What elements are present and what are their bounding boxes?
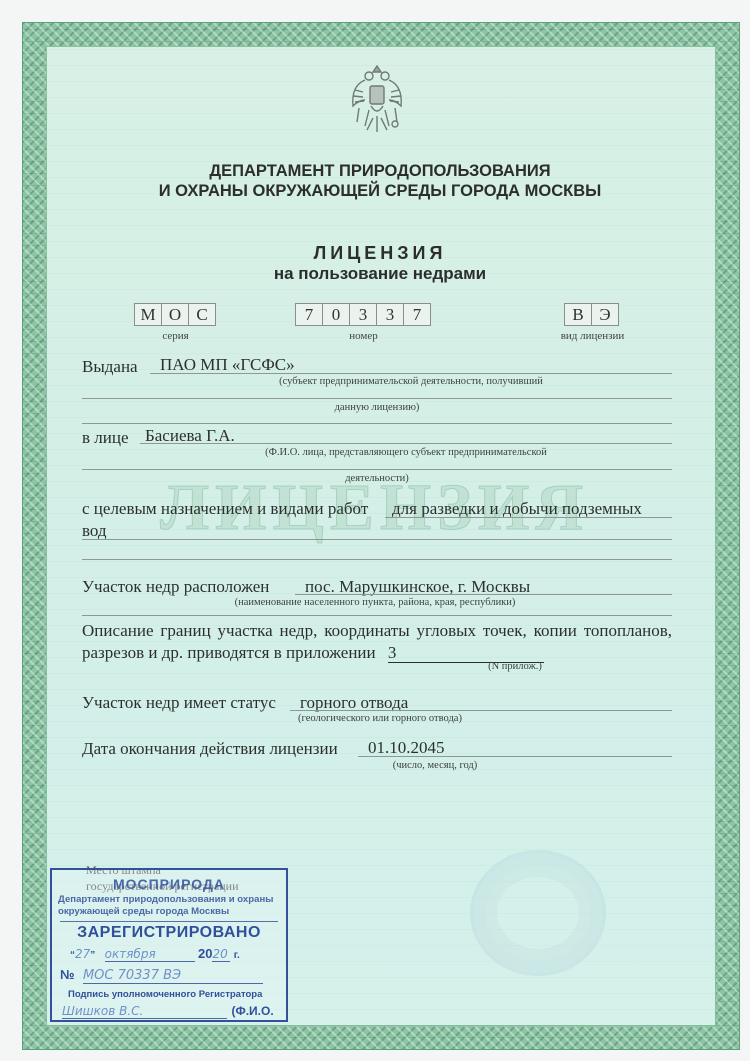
stamp-dept-line2: окружающей среды города Москвы <box>58 906 283 918</box>
stamp-dept-line1: Департамент природопользования и охраны <box>58 894 283 906</box>
stamp-number-row: № МОС 70337 ВЭ <box>60 966 280 984</box>
type-caption: вид лицензии <box>555 330 630 342</box>
represented-by-underline <box>140 443 672 444</box>
purpose-underline <box>385 517 672 518</box>
expiry-hint: (число, месяц, год) <box>380 760 490 771</box>
series-boxes: МОС <box>135 303 216 326</box>
appendix-hint: (N прилож.) <box>470 661 560 672</box>
separator-line <box>82 423 672 424</box>
location-underline <box>295 594 672 595</box>
number-char-box: 7 <box>403 303 431 326</box>
location-label: Участок недр расположен <box>82 577 269 597</box>
issued-to-underline-2 <box>82 398 672 399</box>
embossed-seal-icon <box>470 850 606 976</box>
stamp-signature-label: Подпись уполномоченного Регистратора <box>68 989 262 1000</box>
location-hint: (наименование населенного пункта, района… <box>200 597 550 608</box>
type-boxes: ВЭ <box>565 303 635 326</box>
number-group: 70337 номер <box>296 303 431 342</box>
issued-to-hint-1: (субъект предпринимательской деятельност… <box>150 376 672 387</box>
status-label: Участок недр имеет статус <box>82 693 276 713</box>
location-underline-2 <box>82 615 672 616</box>
stamp-dept: Департамент природопользования и охраны … <box>58 894 283 918</box>
type-char-box: Э <box>591 303 619 326</box>
number-char-box: 3 <box>349 303 377 326</box>
purpose-value-line1: для разведки и добычи подземных <box>392 499 642 519</box>
number-char-box: 3 <box>376 303 404 326</box>
type-group: ВЭ вид лицензии <box>565 303 635 342</box>
stamp-year-prefix: 20 <box>198 946 212 961</box>
stamp-year-suffix: 20 <box>212 947 230 962</box>
appendix-number: 3 <box>388 643 397 662</box>
stamp-number-label: № <box>60 967 75 982</box>
boundaries-text: Описание границ участка недр, координаты… <box>82 620 672 664</box>
represented-by-hint-2: деятельности) <box>82 473 672 484</box>
status-hint: (геологического или горного отвода) <box>270 713 490 724</box>
purpose-label: с целевым назначением и видами работ <box>82 499 368 519</box>
purpose-value-line2: вод <box>82 521 107 541</box>
stamp-month: октября <box>105 947 195 962</box>
represented-by-hint-1: (Ф.И.О. лица, представляющего субъект пр… <box>140 447 672 458</box>
type-char-box: В <box>564 303 592 326</box>
boundaries-description: Описание границ участка недр, координаты… <box>82 621 672 662</box>
series-char-box: О <box>161 303 189 326</box>
stamp-year-label: г. <box>234 950 240 961</box>
stamp-date-row: “27” октября 2020 г. <box>70 946 280 962</box>
stamp-day: 27 <box>75 947 90 961</box>
registration-stamp: МОСПРИРОДА Департамент природопользовани… <box>50 868 288 1022</box>
stamp-signature: Шишков В.С. <box>62 1004 227 1019</box>
series-group: МОС серия <box>135 303 216 342</box>
stamp-number: МОС 70337 ВЭ <box>83 968 263 984</box>
stamp-registered: ЗАРЕГИСТРИРОВАНО <box>52 924 286 942</box>
stamp-signature-row: Шишков В.С. (Ф.И.О. <box>62 1002 284 1020</box>
expiry-label: Дата окончания действия лицензии <box>82 739 338 759</box>
issued-to-value: ПАО МП «ГСФС» <box>160 355 295 375</box>
number-char-box: 0 <box>322 303 350 326</box>
number-char-box: 7 <box>295 303 323 326</box>
purpose-underline-3 <box>82 559 672 560</box>
series-char-box: М <box>134 303 162 326</box>
stamp-divider <box>60 921 278 922</box>
coat-of-arms-icon <box>347 60 407 140</box>
department-name-line2: И ОХРАНЫ ОКРУЖАЮЩЕЙ СРЕДЫ ГОРОДА МОСКВЫ <box>100 180 660 203</box>
number-boxes: 70337 <box>296 303 431 326</box>
issued-to-underline <box>150 373 672 374</box>
expiry-underline <box>358 756 672 757</box>
status-underline <box>290 710 672 711</box>
series-char-box: С <box>188 303 216 326</box>
license-subtitle: на пользование недрами <box>100 264 660 284</box>
represented-by-label: в лице <box>82 428 129 448</box>
number-caption: номер <box>296 330 431 342</box>
issued-to-hint-2: данную лицензию) <box>82 402 672 413</box>
represented-by-underline-2 <box>82 469 672 470</box>
expiry-date: 01.10.2045 <box>368 738 445 758</box>
stamp-fio-label: (Ф.И.О. <box>231 1004 273 1018</box>
issued-to-label: Выдана <box>82 357 138 377</box>
series-caption: серия <box>135 330 216 342</box>
purpose-underline-2 <box>82 539 672 540</box>
stamp-org: МОСПРИРОДА <box>52 876 286 892</box>
license-title: ЛИЦЕНЗИЯ <box>100 243 660 264</box>
